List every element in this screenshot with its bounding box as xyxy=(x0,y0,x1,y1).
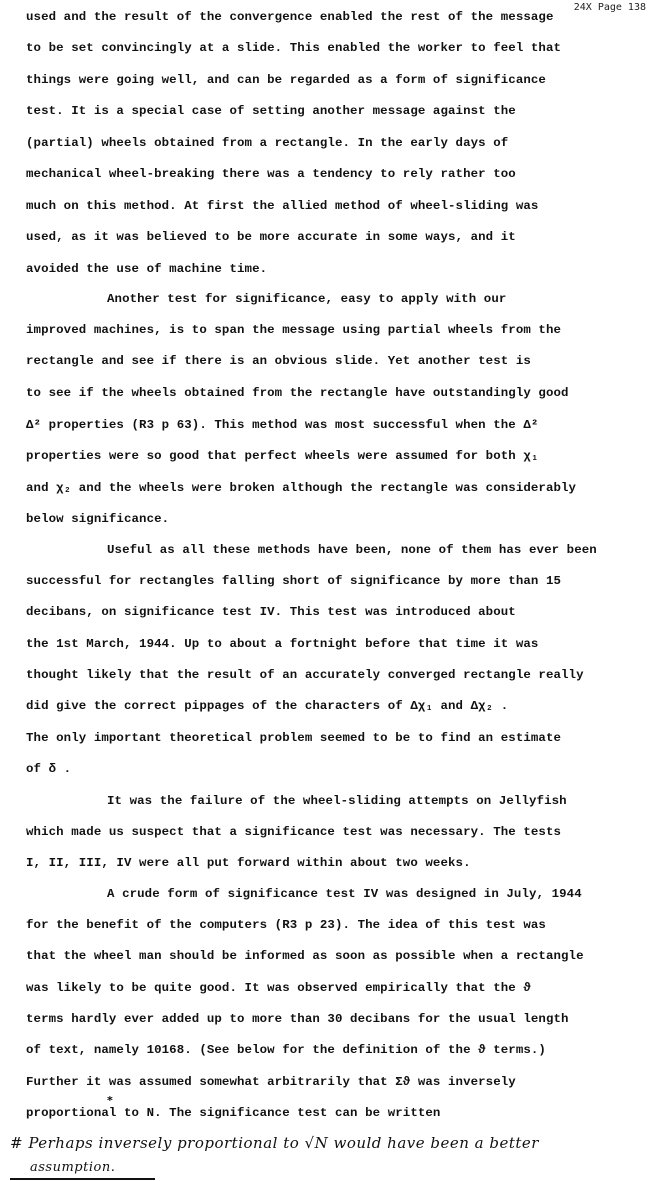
text-line: avoided the use of machine time. xyxy=(26,262,267,276)
text-line: Δ² properties (R3 p 63). This method was… xyxy=(26,418,538,432)
text-line: for the benefit of the computers (R3 p 2… xyxy=(26,918,546,932)
text-line: (partial) wheels obtained from a rectang… xyxy=(26,136,508,150)
text-line: decibans, on significance test IV. This … xyxy=(26,605,516,619)
handwritten-footnote-continuation: assumption. xyxy=(30,1160,115,1175)
text-line: Another test for significance, easy to a… xyxy=(107,292,506,306)
footnote-underline xyxy=(10,1178,155,1180)
text-line: used and the result of the convergence e… xyxy=(26,10,554,24)
text-line: to be set convincingly at a slide. This … xyxy=(26,41,561,55)
text-line: things were going well, and can be regar… xyxy=(26,73,546,87)
text-line: Useful as all these methods have been, n… xyxy=(107,543,597,557)
text-line: test. It is a special case of setting an… xyxy=(26,104,516,118)
handwritten-footnote: # Perhaps inversely proportional to √N w… xyxy=(10,1134,539,1152)
text-line: Further it was assumed somewhat arbitrar… xyxy=(26,1075,516,1089)
text-line: proportional to N. The significance test… xyxy=(26,1106,440,1120)
text-line: that the wheel man should be informed as… xyxy=(26,949,584,963)
text-line: was likely to be quite good. It was obse… xyxy=(26,981,531,995)
text-line: of δ . xyxy=(26,762,71,776)
text-line: improved machines, is to span the messag… xyxy=(26,323,561,337)
text-line: to see if the wheels obtained from the r… xyxy=(26,386,569,400)
text-line: much on this method. At first the allied… xyxy=(26,199,538,213)
text-line: which made us suspect that a significanc… xyxy=(26,825,561,839)
text-line: used, as it was believed to be more accu… xyxy=(26,230,516,244)
text-line: rectangle and see if there is an obvious… xyxy=(26,354,531,368)
text-line: the 1st March, 1944. Up to about a fortn… xyxy=(26,637,538,651)
text-line: It was the failure of the wheel-sliding … xyxy=(107,794,567,808)
page-label: 24X Page 138 xyxy=(574,2,646,13)
text-line: terms hardly ever added up to more than … xyxy=(26,1012,569,1026)
text-line: of text, namely 10168. (See below for th… xyxy=(26,1043,546,1057)
text-line: did give the correct pippages of the cha… xyxy=(26,699,508,713)
text-line: thought likely that the result of an acc… xyxy=(26,668,584,682)
text-line: properties were so good that perfect whe… xyxy=(26,449,538,463)
text-line: A crude form of significance test IV was… xyxy=(107,887,582,901)
text-line: mechanical wheel-breaking there was a te… xyxy=(26,167,516,181)
text-line: I, II, III, IV were all put forward with… xyxy=(26,856,471,870)
text-line: successful for rectangles falling short … xyxy=(26,574,561,588)
text-line: The only important theoretical problem s… xyxy=(26,731,561,745)
text-line: below significance. xyxy=(26,512,169,526)
text-line: and χ₂ and the wheels were broken althou… xyxy=(26,481,576,495)
footnote-marker: * xyxy=(107,1094,113,1107)
